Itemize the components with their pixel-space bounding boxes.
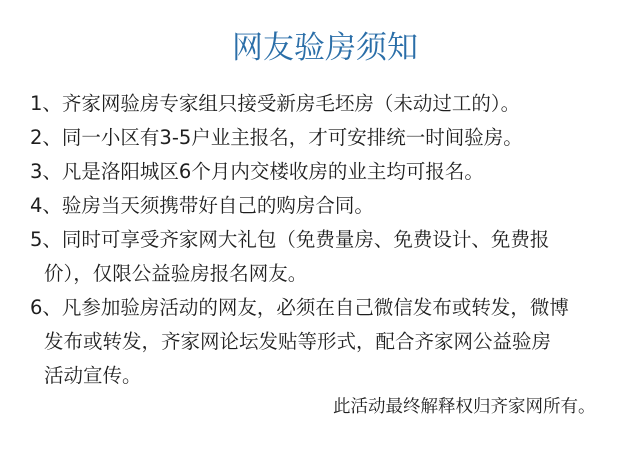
list-item-6-continuation-2: 活动宣传。 [30,359,630,393]
disclaimer-footer: 此活动最终解释权归齐家网所有。 [333,392,596,422]
list-item-5-continuation: 价），仅限公益验房报名网友。 [30,257,630,291]
list-item-5: 5、同时可享受齐家网大礼包（免费量房、免费设计、免费报 [30,223,630,257]
list-item-1: 1、齐家网验房专家组只接受新房毛坯房（未动过工的）。 [30,87,630,121]
list-item-6: 6、凡参加验房活动的网友，必须在自己微信发布或转发，微博 [30,291,630,325]
notice-list: 1、齐家网验房专家组只接受新房毛坯房（未动过工的）。 2、同一小区有3-5户业主… [30,87,630,393]
page-title: 网友验房须知 [0,28,640,68]
list-item-3: 3、凡是洛阳城区6个月内交楼收房的业主均可报名。 [30,155,630,189]
list-item-2: 2、同一小区有3-5户业主报名，才可安排统一时间验房。 [30,121,630,155]
list-item-4: 4、验房当天须携带好自己的购房合同。 [30,189,630,223]
list-item-6-continuation-1: 发布或转发，齐家网论坛发贴等形式，配合齐家网公益验房 [30,325,630,359]
